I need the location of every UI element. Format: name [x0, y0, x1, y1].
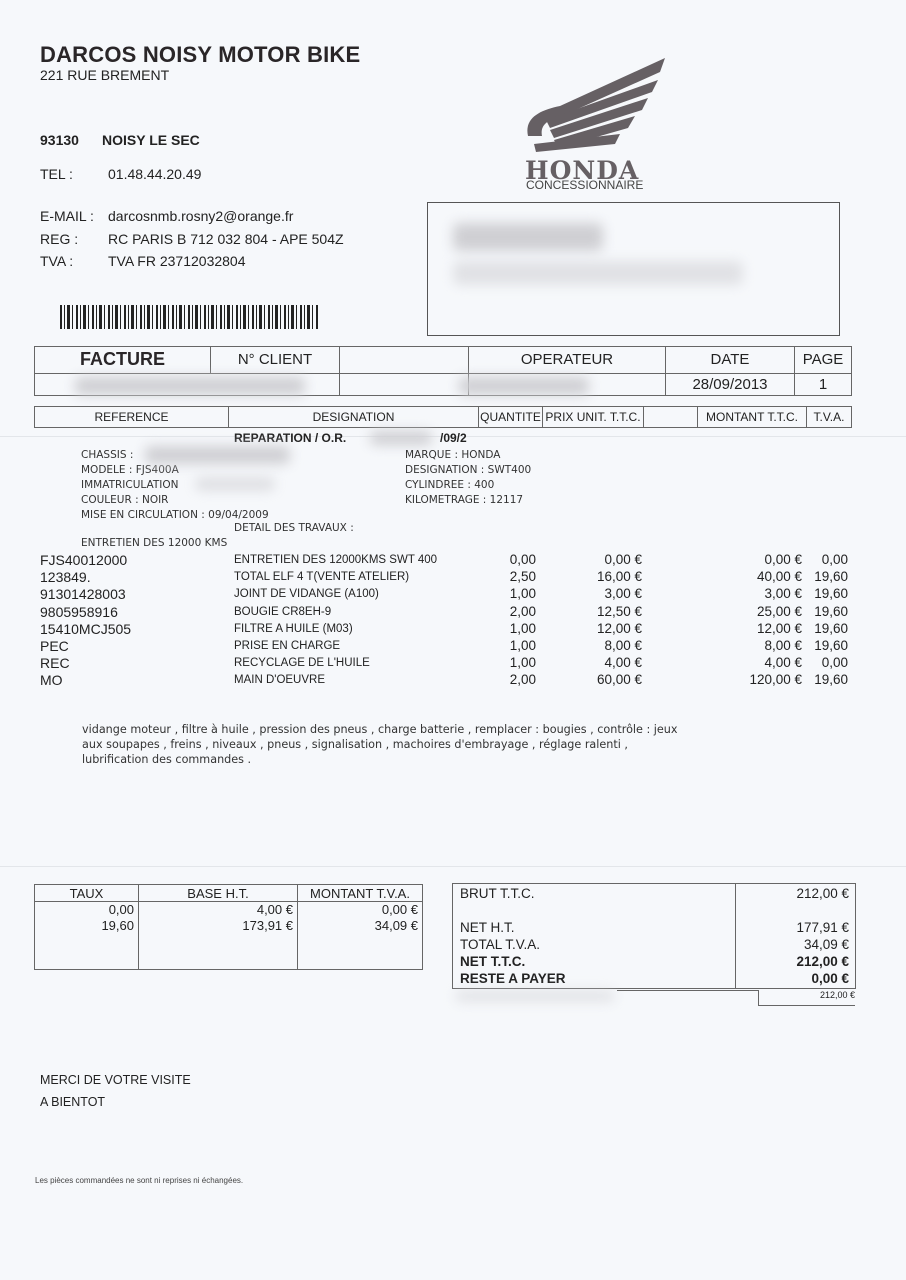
line-amount: 4,00 €: [700, 655, 802, 670]
line-designation: MAIN D'OEUVRE: [234, 674, 325, 686]
col-empty: [644, 407, 698, 428]
company-name: DARCOS NOISY MOTOR BIKE: [40, 42, 360, 68]
line-reference: REC: [40, 655, 70, 671]
paper-fold: [0, 866, 906, 867]
line-designation: RECYCLAGE DE L'HUILE: [234, 657, 370, 669]
invoice-header-table: FACTURE N° CLIENT OPERATEUR DATE PAGE 28…: [34, 346, 852, 396]
line-tva-rate: 19,60: [806, 569, 848, 584]
date-label: DATE: [666, 347, 795, 374]
line-amount: 25,00 €: [700, 604, 802, 619]
line-amount: 0,00 €: [700, 552, 802, 567]
col-reference: REFERENCE: [35, 407, 229, 428]
line-tva-rate: 19,60: [806, 672, 848, 687]
col-unit-price: PRIX UNIT. T.T.C.: [543, 407, 644, 428]
contact-tel: TEL :01.48.44.20.49: [40, 166, 201, 182]
disclaimer: Les pièces commandées ne sont ni reprise…: [35, 1176, 243, 1185]
vat-col-amount: MONTANT T.V.A.: [298, 885, 423, 902]
line-designation: JOINT DE VIDANGE (A100): [234, 588, 379, 600]
company-city: 93130NOISY LE SEC: [40, 132, 200, 148]
line-unit-price: 60,00 €: [560, 672, 642, 687]
line-designation: PRISE EN CHARGE: [234, 640, 340, 652]
redacted-client: [75, 377, 305, 395]
line-tva-rate: 19,60: [806, 604, 848, 619]
honda-wing-icon: [520, 58, 670, 158]
line-quantity: 1,00: [470, 638, 536, 653]
line-reference: 91301428003: [40, 586, 126, 602]
brut-value: 212,00 €: [796, 886, 849, 901]
page-number: 1: [795, 373, 852, 395]
vat-bases: 4,00 €173,91 €: [139, 902, 298, 970]
vat-col-rate: TAUX: [35, 885, 139, 902]
redacted-address: [453, 261, 743, 285]
line-reference: 9805958916: [40, 604, 118, 620]
redacted-repair-number: [370, 431, 432, 445]
total-tva-value: 34,09 €: [804, 937, 849, 952]
operator-label: OPERATEUR: [469, 347, 666, 374]
col-designation: DESIGNATION: [229, 407, 479, 428]
line-quantity: 0,00: [470, 552, 536, 567]
line-tva-rate: 0,00: [806, 655, 848, 670]
company-street: 221 RUE BREMENT: [40, 67, 169, 83]
line-amount: 12,00 €: [700, 621, 802, 636]
line-designation: ENTRETIEN DES 12000KMS SWT 400: [234, 554, 437, 566]
goodbye-message: A BIENTOT: [40, 1095, 105, 1109]
payment-line: [617, 990, 758, 991]
service-title: ENTRETIEN DES 12000 KMS: [81, 537, 227, 549]
line-quantity: 2,50: [470, 569, 536, 584]
redacted-chassis: [145, 446, 290, 464]
vat-rates: 0,0019,60: [35, 902, 139, 970]
line-reference: PEC: [40, 638, 69, 654]
repair-suffix: /09/2: [440, 431, 467, 445]
col-tva: T.V.A.: [807, 407, 852, 428]
balance-label: RESTE A PAYER: [460, 971, 566, 986]
line-designation: TOTAL ELF 4 T(VENTE ATELIER): [234, 571, 409, 583]
total-tva-label: TOTAL T.V.A.: [460, 937, 540, 952]
contact-email: E-MAIL :darcosnmb.rosny2@orange.fr: [40, 208, 293, 224]
line-designation: BOUGIE CR8EH-9: [234, 606, 331, 618]
line-unit-price: 3,00 €: [560, 586, 642, 601]
line-reference: MO: [40, 672, 63, 688]
net-ttc-value: 212,00 €: [796, 954, 849, 969]
line-unit-price: 8,00 €: [560, 638, 642, 653]
honda-logo: HONDA CONCESSIONNAIRE: [520, 58, 680, 198]
redacted-plate: [195, 477, 275, 491]
line-unit-price: 12,50 €: [560, 604, 642, 619]
thanks-message: MERCI DE VOTRE VISITE: [40, 1073, 191, 1087]
net-ht-value: 177,91 €: [796, 920, 849, 935]
redacted-name: [453, 223, 603, 251]
line-tva-rate: 19,60: [806, 586, 848, 601]
line-quantity: 1,00: [470, 655, 536, 670]
line-amount: 40,00 €: [700, 569, 802, 584]
net-ht-label: NET H.T.: [460, 920, 515, 935]
balance-value: 0,00 €: [811, 971, 849, 986]
redacted-operator: [459, 377, 589, 395]
line-quantity: 1,00: [470, 586, 536, 601]
vat-col-base: BASE H.T.: [139, 885, 298, 902]
page-label: PAGE: [795, 347, 852, 374]
col-amount: MONTANT T.T.C.: [698, 407, 807, 428]
line-items-header: REFERENCE DESIGNATION QUANTITE PRIX UNIT…: [34, 406, 852, 428]
invoice-date: 28/09/2013: [666, 373, 795, 395]
line-designation: FILTRE A HUILE (M03): [234, 623, 353, 635]
line-quantity: 1,00: [470, 621, 536, 636]
line-unit-price: 16,00 €: [560, 569, 642, 584]
paid-amount: 212,00 €: [758, 990, 855, 1006]
contact-reg: REG :RC PARIS B 712 032 804 - APE 504Z: [40, 231, 344, 247]
barcode: [60, 305, 318, 329]
line-tva-rate: 19,60: [806, 638, 848, 653]
line-amount: 120,00 €: [700, 672, 802, 687]
line-amount: 3,00 €: [700, 586, 802, 601]
line-reference: FJS40012000: [40, 552, 127, 568]
line-unit-price: 0,00 €: [560, 552, 642, 567]
line-reference: 123849.: [40, 569, 91, 585]
repair-title: REPARATION / O.R.: [234, 431, 346, 445]
line-unit-price: 4,00 €: [560, 655, 642, 670]
brut-label: BRUT T.T.C.: [460, 886, 535, 901]
postcode: 93130: [40, 132, 102, 148]
vat-breakdown-table: TAUX BASE H.T. MONTANT T.V.A. 0,0019,60 …: [34, 884, 423, 970]
line-tva-rate: 0,00: [806, 552, 848, 567]
customer-address-box: [427, 202, 840, 336]
net-ttc-label: NET T.T.C.: [460, 954, 525, 969]
vat-amounts: 0,00 €34,09 €: [298, 902, 423, 970]
line-quantity: 2,00: [470, 672, 536, 687]
line-amount: 8,00 €: [700, 638, 802, 653]
totals-box: BRUT T.T.C. 212,00 € NET H.T. 177,91 € T…: [452, 883, 856, 989]
details-title: DETAIL DES TRAVAUX :: [234, 522, 354, 534]
line-reference: 15410MCJ505: [40, 621, 131, 637]
col-quantity: QUANTITE: [479, 407, 543, 428]
doc-type: FACTURE: [35, 347, 211, 374]
work-notes: vidange moteur , filtre à huile , pressi…: [82, 722, 682, 767]
line-tva-rate: 19,60: [806, 621, 848, 636]
client-label: N° CLIENT: [211, 347, 340, 374]
contact-tva: TVA :TVA FR 23712032804: [40, 253, 246, 269]
city-name: NOISY LE SEC: [102, 132, 200, 148]
line-unit-price: 12,00 €: [560, 621, 642, 636]
brand-subtitle: CONCESSIONNAIRE: [526, 178, 643, 192]
vehicle-info-right: MARQUE : HONDA DESIGNATION : SWT400 CYLI…: [405, 448, 531, 508]
redacted-payment-method: [455, 990, 615, 1002]
line-quantity: 2,00: [470, 604, 536, 619]
